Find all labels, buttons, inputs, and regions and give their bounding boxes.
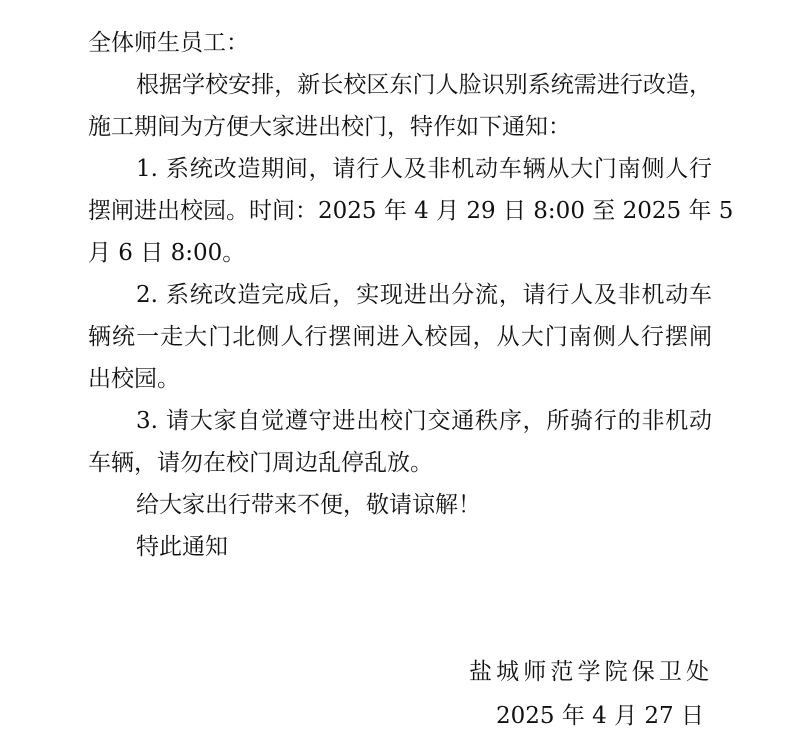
salutation: 全体师生员工： xyxy=(88,22,712,64)
item-1-line-2: 摆闸进出校园。时间：2025 年 4 月 29 日 8:00 至 2025 年 … xyxy=(88,190,712,232)
item-3-line-2: 车辆，请勿在校门周边乱停乱放。 xyxy=(88,442,712,484)
intro-line-2: 施工期间为方便大家进出校门，特作如下通知： xyxy=(88,106,712,148)
signature: 盐城师范学院保卫处 xyxy=(469,652,709,692)
item-2-line-3: 出校园。 xyxy=(88,358,712,400)
item-1-line-1: 1. 系统改造期间，请行人及非机动车辆从大门南侧人行 xyxy=(88,148,712,190)
issue-date: 2025 年 4 月 27 日 xyxy=(496,696,680,736)
intro-line-1: 根据学校安排，新长校区东门人脸识别系统需进行改造， xyxy=(88,64,712,106)
closing: 特此通知 xyxy=(88,526,712,568)
item-1-line-3: 月 6 日 8:00。 xyxy=(88,232,712,274)
item-3-line-1: 3. 请大家自觉遵守进出校门交通秩序，所骑行的非机动 xyxy=(88,400,712,442)
notice-body: 全体师生员工： 根据学校安排，新长校区东门人脸识别系统需进行改造， 施工期间为方… xyxy=(88,22,712,568)
item-2-line-2: 辆统一走大门北侧人行摆闸进入校园，从大门南侧人行摆闸 xyxy=(88,316,712,358)
item-2-line-1: 2. 系统改造完成后，实现进出分流，请行人及非机动车 xyxy=(88,274,712,316)
apology: 给大家出行带来不便，敬请谅解！ xyxy=(88,484,712,526)
